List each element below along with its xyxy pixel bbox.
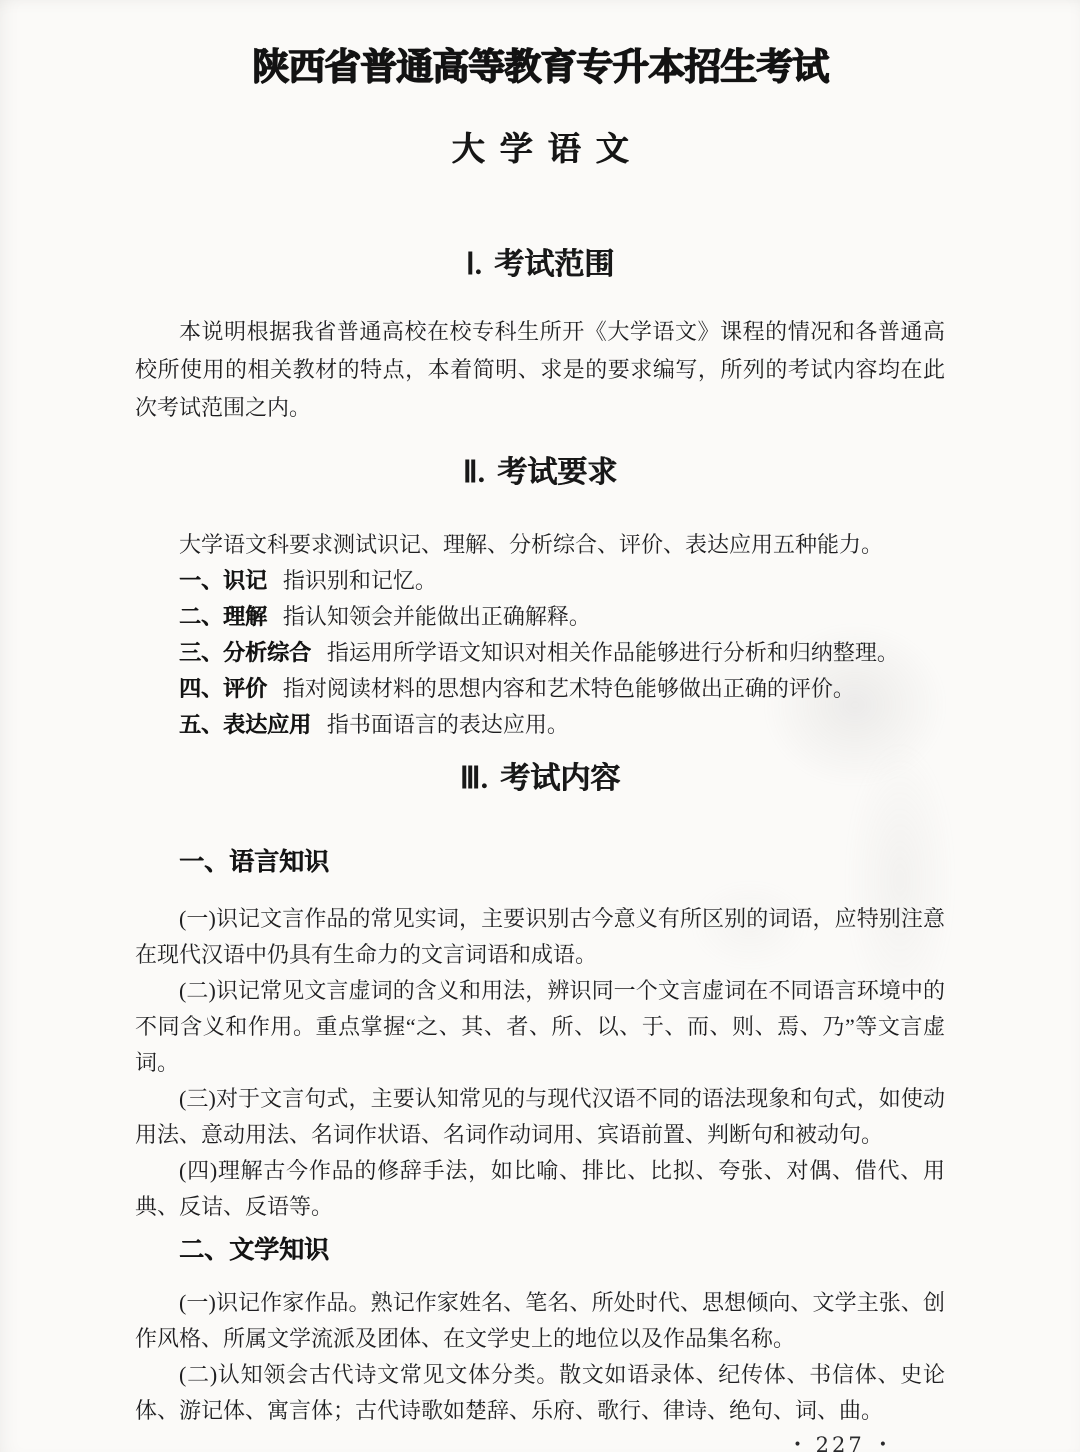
section-heading-requirements: Ⅱ.考试要求 [135, 455, 945, 491]
section-numeral: Ⅲ. [460, 762, 488, 795]
requirement-desc: 指对阅读材料的思想内容和艺术特色能够做出正确的评价。 [283, 676, 855, 701]
literature-paragraph-2: (二)认知领会古代诗文常见文体分类。散文如语录体、纪传体、书信体、史论体、游记体… [135, 1357, 945, 1429]
requirement-desc: 指认知领会并能做出正确解释。 [283, 604, 591, 629]
language-paragraph-4: (四)理解古今作品的修辞手法，如比喻、排比、比拟、夸张、对偶、借代、用典、反诘、… [135, 1153, 945, 1225]
section-title: 考试范围 [494, 248, 614, 281]
page-number-dot: • [879, 1437, 887, 1452]
requirement-term: 四、评价 [179, 676, 267, 701]
section-title: 考试内容 [500, 762, 620, 795]
requirements-intro: 大学语文科要求测试识记、理解、分析综合、评价、表达应用五种能力。 [135, 527, 945, 563]
literature-paragraphs: (一)识记作家作品。熟记作家姓名、笔名、所处时代、思想倾向、文学主张、创作风格、… [135, 1285, 945, 1429]
section-numeral: Ⅱ. [463, 456, 485, 489]
section-heading-content: Ⅲ.考试内容 [135, 761, 945, 797]
language-paragraph-2: (二)识记常见文言虚词的含义和用法，辨识同一个文言虚词在不同语言环境中的不同含义… [135, 973, 945, 1081]
document-title: 陕西省普通高等教育专升本招生考试 [135, 0, 945, 89]
document-subtitle: 大学语文 [135, 131, 945, 167]
requirement-desc: 指识别和记忆。 [283, 568, 437, 593]
page-number-dot: • [793, 1437, 801, 1452]
requirements-block: 大学语文科要求测试识记、理解、分析综合、评价、表达应用五种能力。 一、识记指识别… [135, 527, 945, 743]
page-number-value: 227 [816, 1433, 865, 1452]
requirement-term: 一、识记 [179, 568, 267, 593]
requirement-item: 二、理解指认知领会并能做出正确解释。 [135, 599, 945, 635]
requirement-item: 五、表达应用指书面语言的表达应用。 [135, 707, 945, 743]
section-heading-scope: Ⅰ.考试范围 [135, 247, 945, 283]
language-paragraph-1: (一)识记文言作品的常见实词，主要识别古今意义有所区别的词语，应特别注意在现代汉… [135, 901, 945, 973]
scanned-document-page: 陕西省普通高等教育专升本招生考试 大学语文 Ⅰ.考试范围 本说明根据我省普通高校… [0, 0, 1080, 1452]
subsection-heading-language: 一、语言知识 [135, 847, 945, 877]
language-paragraph-3: (三)对于文言句式，主要认知常见的与现代汉语不同的语法现象和句式，如使动用法、意… [135, 1081, 945, 1153]
requirement-term: 五、表达应用 [179, 712, 311, 737]
section-numeral: Ⅰ. [466, 248, 482, 281]
literature-paragraph-1: (一)识记作家作品。熟记作家姓名、笔名、所处时代、思想倾向、文学主张、创作风格、… [135, 1285, 945, 1357]
requirement-desc: 指运用所学语文知识对相关作品能够进行分析和归纳整理。 [327, 640, 899, 665]
language-paragraphs: (一)识记文言作品的常见实词，主要识别古今意义有所区别的词语，应特别注意在现代汉… [135, 901, 945, 1225]
requirement-term: 二、理解 [179, 604, 267, 629]
page-number: •227• [135, 1433, 945, 1452]
requirement-desc: 指书面语言的表达应用。 [327, 712, 569, 737]
requirement-item: 三、分析综合指运用所学语文知识对相关作品能够进行分析和归纳整理。 [135, 635, 945, 671]
requirement-item: 四、评价指对阅读材料的思想内容和艺术特色能够做出正确的评价。 [135, 671, 945, 707]
requirement-item: 一、识记指识别和记忆。 [135, 563, 945, 599]
scope-paragraph: 本说明根据我省普通高校在校专科生所开《大学语文》课程的情况和各普通高校所使用的相… [135, 313, 945, 427]
section-title: 考试要求 [497, 456, 617, 489]
subsection-heading-literature: 二、文学知识 [135, 1235, 945, 1265]
requirement-term: 三、分析综合 [179, 640, 311, 665]
page-content: 陕西省普通高等教育专升本招生考试 大学语文 Ⅰ.考试范围 本说明根据我省普通高校… [0, 0, 1080, 1452]
